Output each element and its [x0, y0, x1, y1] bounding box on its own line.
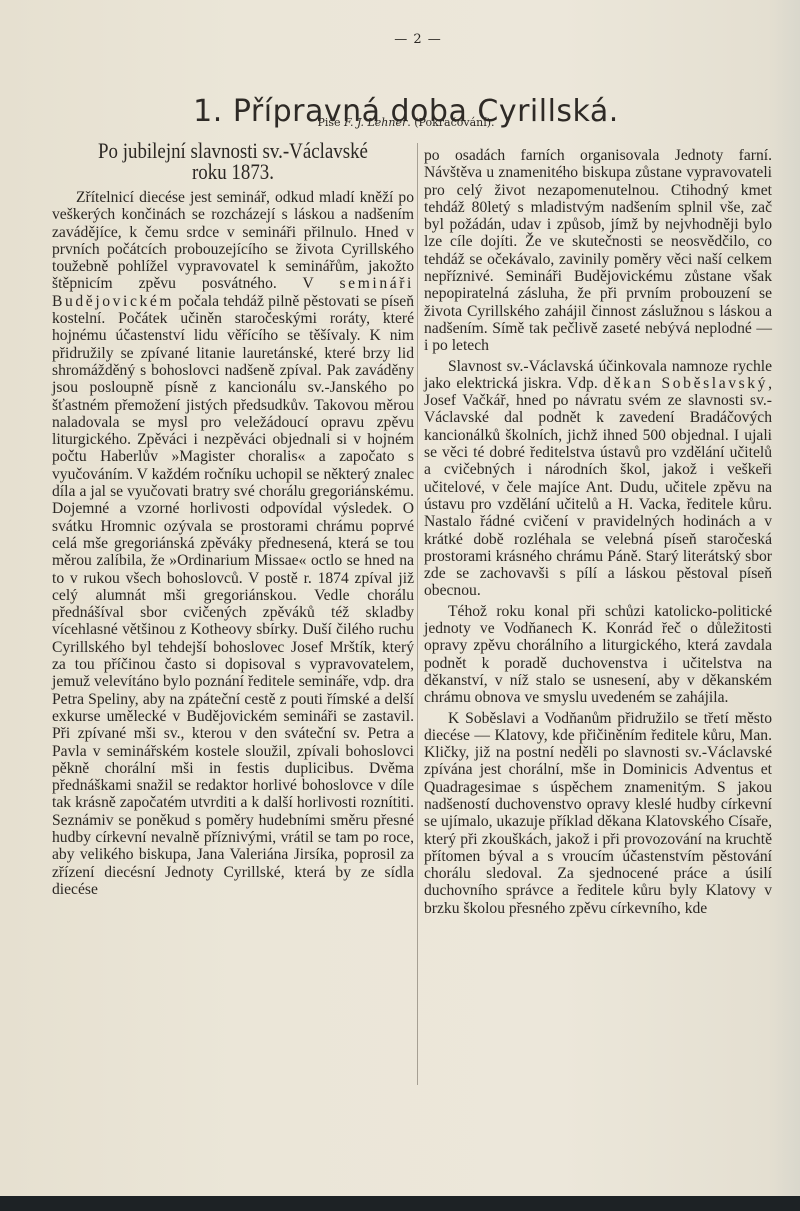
- paragraph: Zřítelnicí diecése jest seminář, odkud m…: [52, 189, 414, 898]
- scanned-page: — 2 — 1. Přípravná doba Cyrillská. Piše …: [0, 0, 800, 1196]
- byline: Piše F. J. Lehner. (Pokračování).: [0, 116, 800, 129]
- text-run: počala tehdáž pilně pěstovati se píseň k…: [52, 293, 414, 898]
- left-column: Po jubilejní slavnosti sv.-Václavské rok…: [52, 140, 414, 898]
- section-heading-line-2: roku 1873.: [77, 161, 388, 182]
- paragraph: po osadách farních organisovala Jednoty …: [424, 147, 772, 355]
- page-number: — 2 —: [0, 32, 800, 47]
- paragraph: K Soběslavi a Vodňanům přidružilo se tře…: [424, 710, 772, 918]
- emphasized-text: děkan Soběslavský: [603, 375, 768, 392]
- section-heading-line-1: Po jubilejní slavnosti sv.-Václavské: [77, 140, 388, 161]
- text-run: , Josef Vačkář, hned po návratu svém ze …: [424, 375, 772, 600]
- byline-suffix: . (Pokračování).: [407, 116, 494, 129]
- column-divider: [417, 143, 418, 1085]
- scan-bottom-edge: [0, 1196, 800, 1211]
- paragraph: Slavnost sv.-Václavská účinkovala namnoz…: [424, 358, 772, 600]
- byline-author: F. J. Lehner: [344, 116, 407, 129]
- paragraph: Téhož roku konal při schůzi katolicko-po…: [424, 603, 772, 707]
- section-heading: Po jubilejní slavnosti sv.-Václavské rok…: [77, 140, 388, 182]
- right-column: po osadách farních organisovala Jednoty …: [424, 147, 772, 917]
- byline-prefix: Piše: [317, 116, 340, 129]
